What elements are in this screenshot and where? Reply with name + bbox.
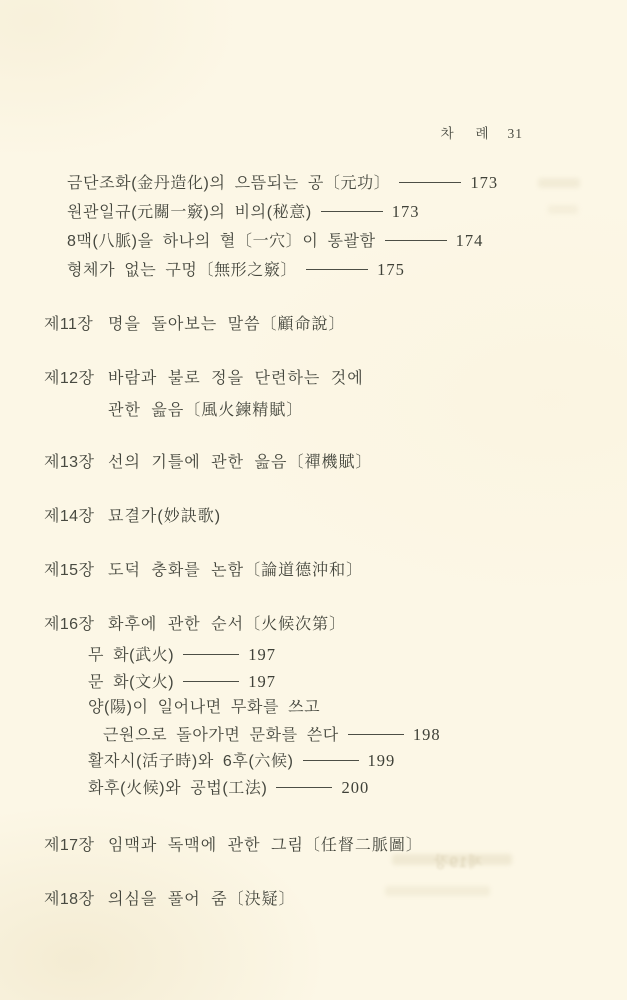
- chapter-label: 제11장: [44, 313, 108, 336]
- bleed-through-smudge: [548, 205, 578, 214]
- toc-entry: 화후(火候)와 공법(工法)200: [88, 777, 369, 800]
- leader-line: [276, 787, 332, 788]
- chapter-label: 제14장: [44, 505, 108, 528]
- chapter-label: 제12장: [44, 367, 108, 390]
- toc-entry-text: 형체가 없는 구멍〔無形之竅〕: [67, 262, 297, 279]
- page-number: 174: [456, 231, 484, 250]
- page-number: 197: [248, 672, 276, 691]
- chapter-title: 의심을 풀어 줌〔決疑〕: [108, 891, 296, 908]
- toc-entry: 원관일규(元關一竅)의 비의(秘意)173: [67, 201, 420, 224]
- running-head: 차 례31: [441, 122, 523, 142]
- toc-entry: 무 화(武火)197: [88, 644, 276, 667]
- leader-line: [321, 211, 383, 212]
- chapter-title: 묘결가(妙訣歌): [108, 508, 221, 525]
- chapter-heading: 제17장임맥과 독맥에 관한 그림〔任督二脈圖〕: [44, 834, 423, 857]
- chapter-title: 도덕 충화를 논함〔論道德沖和〕: [108, 562, 363, 579]
- chapter-label: 제15장: [44, 559, 108, 582]
- chapter-title-line2: 관한 읊음〔風火鍊精賦〕: [108, 397, 303, 420]
- chapter-heading: 제13장선의 기틀에 관한 읊음〔禪機賦〕: [44, 451, 372, 474]
- leader-line: [183, 681, 239, 682]
- bleed-through-smudge: [392, 854, 512, 865]
- page-number: 173: [470, 173, 498, 192]
- bleed-through-smudge: [385, 886, 490, 896]
- chapter-heading: 제16장화후에 관한 순서〔火候次第〕: [44, 613, 346, 636]
- toc-entry: 금단조화(金丹造化)의 으뜸되는 공〔元功〕173: [67, 172, 498, 195]
- chapter-heading: 제18장의심을 풀어 줌〔決疑〕: [44, 888, 296, 911]
- toc-entry: 형체가 없는 구멍〔無形之竅〕175: [67, 259, 405, 282]
- toc-header-label: 차 례: [441, 126, 498, 141]
- leader-line: [183, 654, 239, 655]
- leader-line: [348, 734, 404, 735]
- toc-entry-text: 8맥(八脈)을 하나의 혈〔一穴〕이 통괄함: [67, 233, 376, 250]
- toc-header-page-number: 31: [508, 126, 524, 141]
- toc-entry-text: 화후(火候)와 공법(工法): [88, 780, 267, 797]
- chapter-title: 화후에 관한 순서〔火候次第〕: [108, 616, 346, 633]
- chapter-heading: 제12장바람과 불로 정을 단련하는 것에: [44, 367, 364, 390]
- book-page: 차 례31 금단조화(金丹造化)의 으뜸되는 공〔元功〕173 원관일규(元關一…: [0, 0, 627, 1000]
- toc-entry: 8맥(八脈)을 하나의 혈〔一穴〕이 통괄함174: [67, 230, 483, 253]
- leader-line: [303, 760, 359, 761]
- chapter-label: 제16장: [44, 613, 108, 636]
- chapter-title: 선의 기틀에 관한 읊음〔禪機賦〕: [108, 454, 372, 471]
- page-number: 198: [413, 725, 441, 744]
- page-number: 199: [368, 751, 396, 770]
- toc-entry: 활자시(活子時)와 6후(六候)199: [88, 750, 395, 773]
- toc-entry-text: 문 화(文火): [88, 674, 174, 691]
- chapter-label: 제13장: [44, 451, 108, 474]
- toc-entry-text: 원관일규(元關一竅)의 비의(秘意): [67, 204, 312, 221]
- toc-entry-text: 활자시(活子時)와 6후(六候): [88, 753, 294, 770]
- leader-line: [385, 240, 447, 241]
- toc-entry: 양(陽)이 일어나면 무화를 쓰고: [88, 697, 320, 719]
- page-number: 200: [341, 778, 369, 797]
- chapter-heading: 제11장명을 돌아보는 말씀〔顧命說〕: [44, 313, 346, 336]
- chapter-label: 제17장: [44, 834, 108, 857]
- bleed-through-smudge: [538, 178, 580, 188]
- page-number: 197: [248, 645, 276, 664]
- toc-entry-text: 무 화(武火): [88, 647, 174, 664]
- chapter-title: 명을 돌아보는 말씀〔顧命說〕: [108, 316, 346, 333]
- page-number: 173: [392, 202, 420, 221]
- chapter-label: 제18장: [44, 888, 108, 911]
- chapter-heading: 제15장도덕 충화를 논함〔論道德沖和〕: [44, 559, 363, 582]
- toc-entry: 문 화(文火)197: [88, 671, 276, 694]
- toc-entry: 근원으로 돌아가면 문화를 쓴다198: [103, 724, 441, 747]
- chapter-title: 임맥과 독맥에 관한 그림〔任督二脈圖〕: [108, 837, 423, 854]
- chapter-title: 바람과 불로 정을 단련하는 것에: [108, 370, 364, 387]
- toc-entry-text: 근원으로 돌아가면 문화를 쓴다: [103, 727, 339, 744]
- leader-line: [399, 182, 461, 183]
- toc-entry-text: 양(陽)이 일어나면 무화를 쓰고: [88, 699, 320, 716]
- page-number: 175: [377, 260, 405, 279]
- chapter-heading: 제14장묘결가(妙訣歌): [44, 505, 221, 528]
- leader-line: [306, 269, 368, 270]
- toc-entry-text: 금단조화(金丹造化)의 으뜸되는 공〔元功〕: [67, 175, 390, 192]
